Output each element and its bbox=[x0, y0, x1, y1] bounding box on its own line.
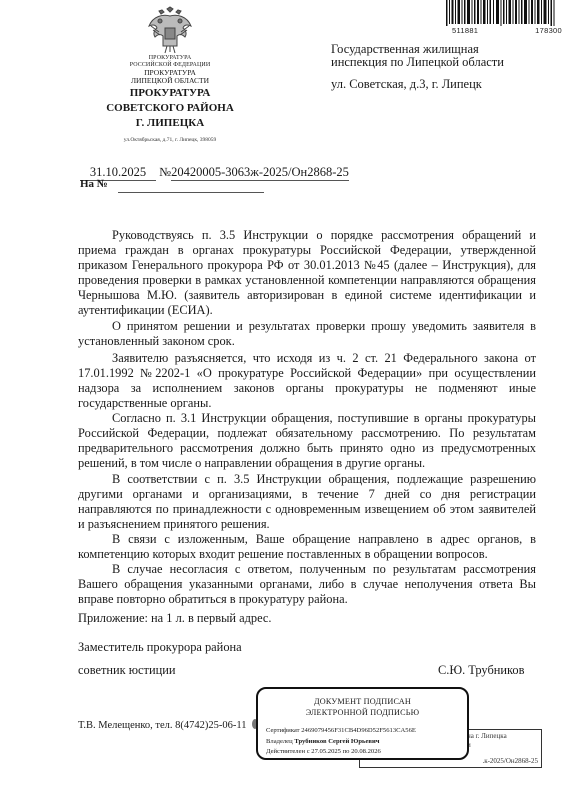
barcode-numbers: 511881 178300 bbox=[452, 26, 562, 35]
body-paragraph: Руководствуясь п. 3.5 Инструкции о поряд… bbox=[78, 228, 536, 319]
sender-organization-block: ПРОКУРАТУРА РОССИЙСКОЙ ФЕДЕРАЦИИ ПРОКУРА… bbox=[100, 55, 240, 143]
owner-value: Трубников Сергей Юрьевич bbox=[294, 738, 379, 745]
signer-title: Заместитель прокурора района bbox=[78, 640, 242, 655]
back-stamp-line: на г. Липецка bbox=[467, 732, 507, 740]
body-paragraph: Согласно п. 3.1 Инструкции обращения, по… bbox=[78, 411, 536, 471]
signer-name: С.Ю. Трубников bbox=[438, 663, 524, 678]
org-line: ЛИПЕЦКОЙ ОБЛАСТИ bbox=[100, 77, 240, 86]
org-address: ул.Октябрьская, д.71, г. Липецк, 398059 bbox=[100, 137, 240, 143]
body-paragraph: В случае несогласия с ответом, полученны… bbox=[78, 562, 536, 607]
stamp-heading: ДОКУМЕНТ ПОДПИСАН bbox=[258, 697, 467, 706]
org-name: СОВЕТСКОГО РАЙОНА bbox=[100, 101, 240, 116]
valid-to-label: по bbox=[343, 748, 350, 755]
org-name: ПРОКУРАТУРА bbox=[100, 86, 240, 101]
valid-from: 27.05.2025 bbox=[311, 748, 341, 755]
executor-contact: Т.В. Мелещенко, тел. 8(4742)25-06-11 bbox=[78, 720, 247, 731]
barcode-right-number: 178300 bbox=[535, 26, 562, 35]
org-name: г. ЛИПЕЦКА bbox=[100, 116, 240, 131]
reply-to-blank bbox=[118, 192, 264, 193]
owner-label: Владелец bbox=[266, 738, 293, 745]
body-paragraph: В связи с изложенным, Ваше обращение нап… bbox=[78, 532, 536, 562]
valid-label: Действителен bbox=[266, 748, 305, 755]
back-stamp-line: .к-2025/Он2868-25 bbox=[482, 757, 538, 765]
recipient-name: Государственная жилищная инспекция по Ли… bbox=[331, 43, 561, 69]
stamp-certificate-row: Сертификат 2469079456F31CB4D96D52F5613CA… bbox=[266, 727, 416, 734]
letter-body: Руководствуясь п. 3.5 Инструкции о поряд… bbox=[78, 228, 536, 607]
valid-from-label: с bbox=[307, 748, 310, 755]
registration-line: 31.10.2025 №20420005-3063ж-2025/Он2868-2… bbox=[80, 165, 349, 181]
stamp-heading: ЭЛЕКТРОННОЙ ПОДПИСЬЮ bbox=[258, 708, 467, 717]
stamp-owner-row: Владелец Трубников Сергей Юрьевич bbox=[266, 738, 380, 745]
body-paragraph: О принятом решении и результатах проверк… bbox=[78, 319, 536, 349]
registration-number-prefix: № bbox=[159, 165, 171, 179]
registration-number: 20420005-3063ж-2025/Он2868-25 bbox=[171, 165, 349, 181]
barcode bbox=[446, 0, 556, 26]
russian-coat-of-arms-icon bbox=[145, 6, 195, 56]
annex-note: Приложение: на 1 л. в первый адрес. bbox=[78, 611, 272, 626]
stamp-validity-row: Действителен с 27.05.2025 по 20.08.2026 bbox=[266, 748, 381, 755]
electronic-signature-stamp: ДОКУМЕНТ ПОДПИСАН ЭЛЕКТРОННОЙ ПОДПИСЬЮ С… bbox=[256, 687, 469, 760]
body-paragraph: В соответствии с п. 3.5 Инструкции обращ… bbox=[78, 472, 536, 532]
reply-to-label: На № bbox=[80, 178, 108, 190]
signer-rank: советник юстиции bbox=[78, 663, 175, 678]
certificate-value: 2469079456F31CB4D96D52F5613CA56E bbox=[301, 727, 416, 734]
recipient-name-line: инспекция по Липецкой области bbox=[331, 56, 561, 69]
barcode-left-number: 511881 bbox=[452, 26, 478, 35]
recipient-address: ул. Советская, д.3, г. Липецк bbox=[331, 77, 482, 92]
barcode-icon bbox=[446, 0, 556, 26]
certificate-label: Сертификат bbox=[266, 727, 300, 734]
valid-to: 20.08.2026 bbox=[351, 748, 381, 755]
body-paragraph: Заявителю разъясняется, что исходя из ч.… bbox=[78, 351, 536, 411]
org-line: ПРОКУРАТУРА bbox=[100, 55, 240, 62]
